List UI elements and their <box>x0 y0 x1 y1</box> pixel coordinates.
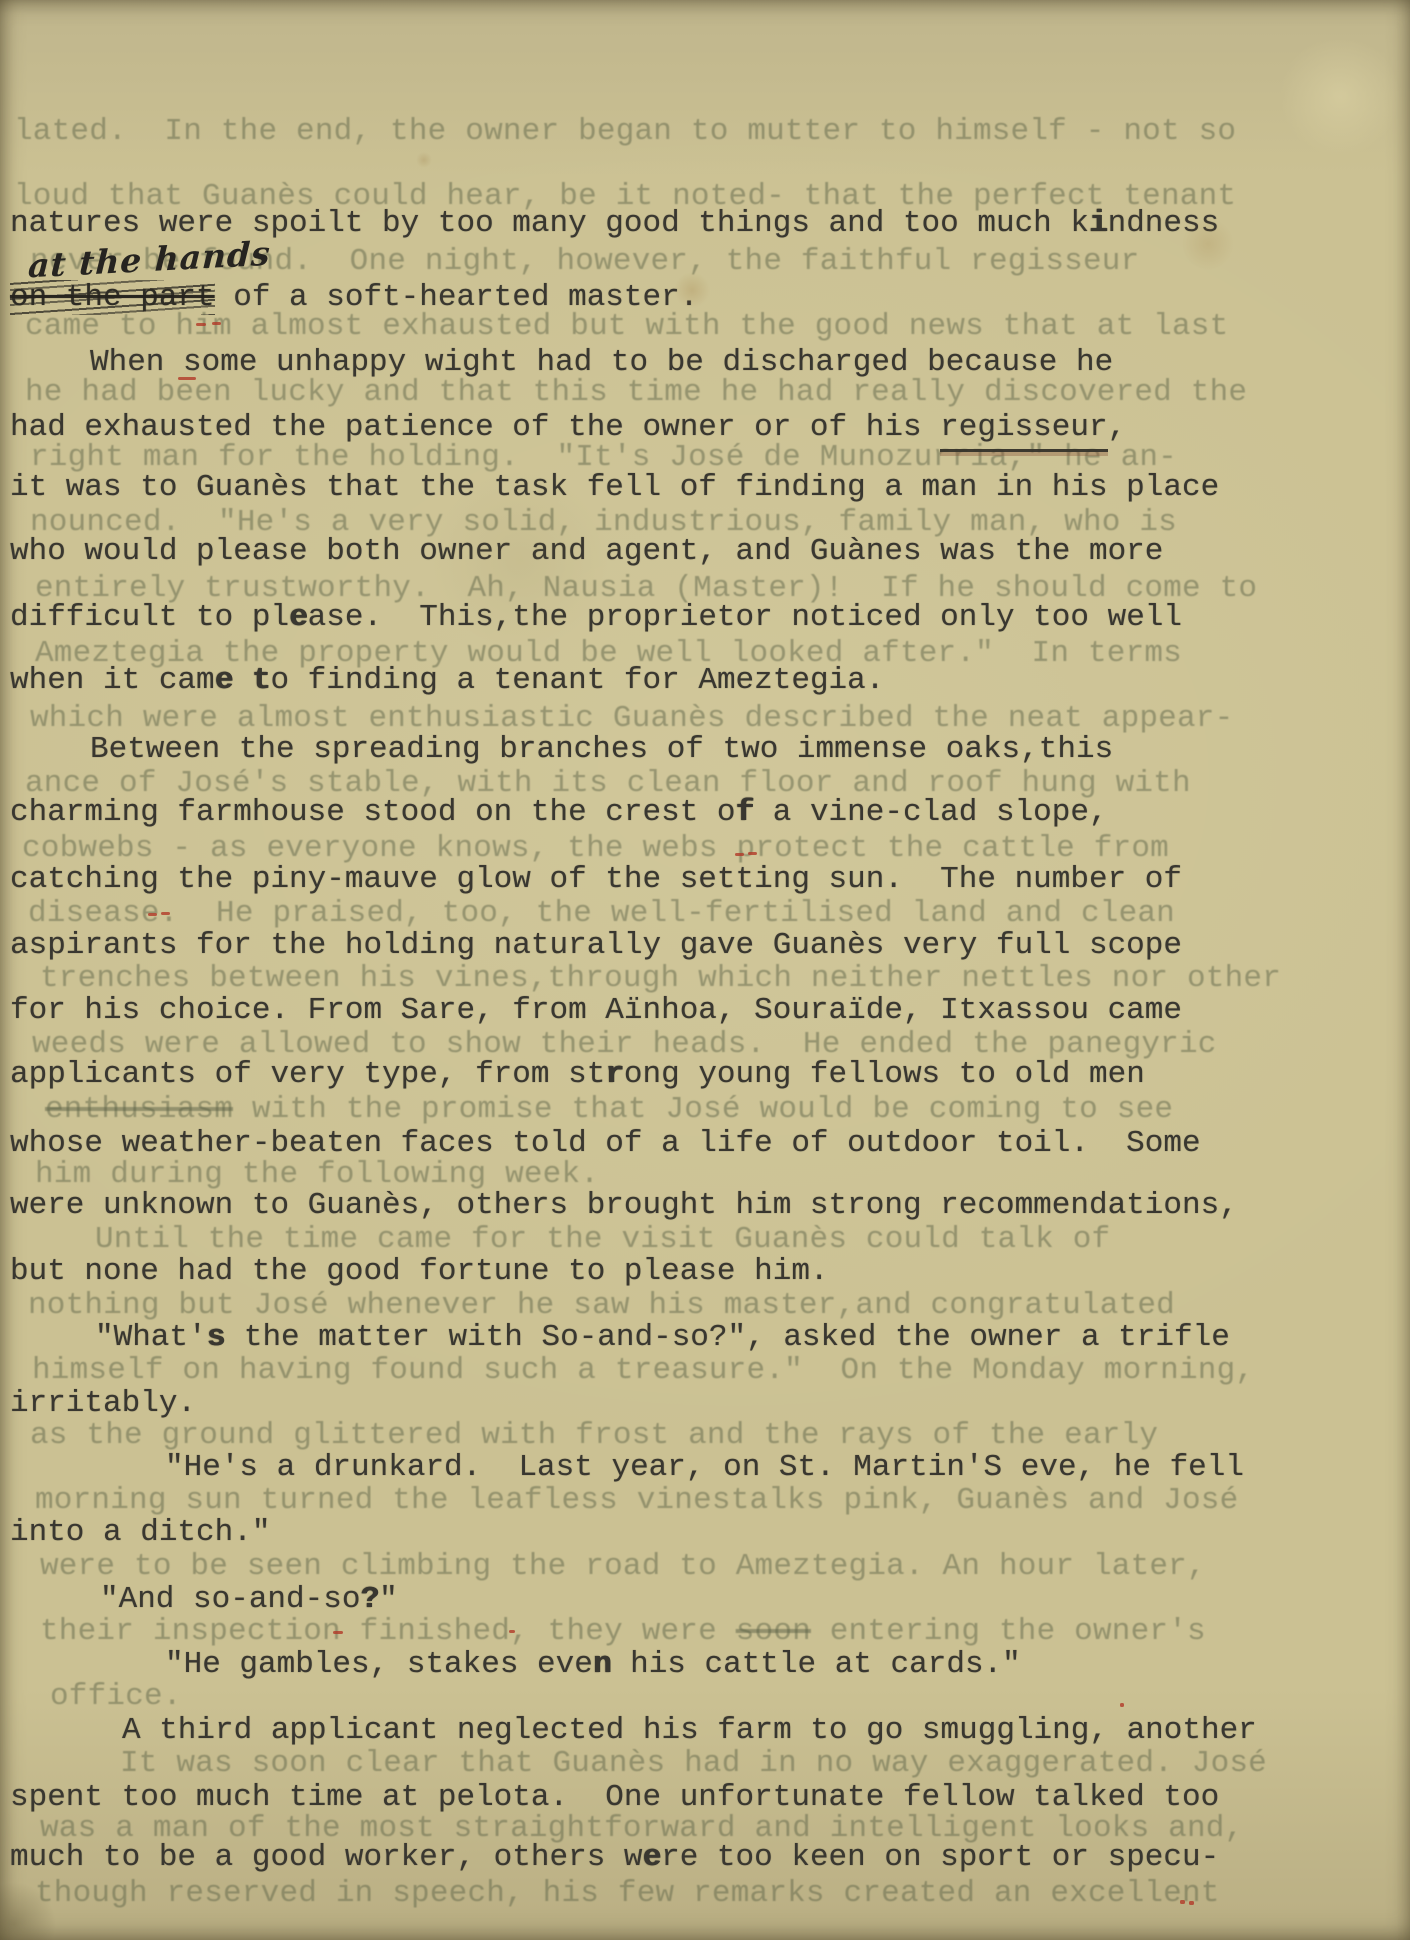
segment-bold: t <box>252 663 271 698</box>
typed-line: it was to Guanès that the task fell of f… <box>10 470 1219 506</box>
segment-bold: e <box>215 663 234 698</box>
typed-line: "He's a drunkard. Last year, on St. Mart… <box>165 1450 1244 1486</box>
segment-plain: When some unhappy wight had to be discha… <box>90 345 1113 380</box>
segment-underline: regisseur <box>940 410 1107 452</box>
segment-plain: o finding a tenant for Ameztegia. <box>270 663 884 698</box>
segment-plain: re too keen on sport or specu- <box>661 1840 1219 1875</box>
segment-plain: aspirants for the holding naturally gave… <box>10 928 1182 963</box>
manuscript-page: lated. In the end, the owner began to mu… <box>0 0 1410 1940</box>
segment-plain: the matter with So-and-so?", asked the o… <box>225 1320 1230 1355</box>
red-pencil-mark <box>1180 1900 1185 1904</box>
segment-plain: him during the following week. <box>35 1157 599 1192</box>
typed-line: A third applicant neglected his farm to … <box>122 1713 1257 1749</box>
segment-bold: i <box>1089 206 1108 241</box>
segment-plain: for his choice. From Sare, from Aïnhoa, … <box>10 993 1182 1028</box>
segment-plain: nothing but José whenever he saw his mas… <box>28 1288 1175 1323</box>
bleedthrough-line: trenches between his vines,through which… <box>40 961 1281 997</box>
segment-strike-faint: enthusiasm <box>45 1092 233 1127</box>
bleedthrough-line: nothing but José whenever he saw his mas… <box>28 1288 1175 1324</box>
typed-line: natures were spoilt by too many good thi… <box>10 206 1219 242</box>
bleedthrough-line: disease. He praised, too, the well-ferti… <box>28 896 1175 932</box>
typed-line: "And so-and-so?" <box>100 1582 398 1618</box>
segment-plain: though reserved in speech, his few remar… <box>35 1876 1220 1911</box>
typed-line: applicants of very type, from strong you… <box>10 1057 1145 1093</box>
segment-bold: n <box>593 1647 612 1682</box>
red-pencil-mark <box>1189 1901 1194 1905</box>
bleedthrough-line: morning sun turned the leafless vinestal… <box>35 1483 1238 1519</box>
typed-line: much to be a good worker, others were to… <box>10 1840 1219 1876</box>
typed-line: difficult to please. This,the proprietor… <box>10 600 1182 636</box>
typed-line: aspirants for the holding naturally gave… <box>10 928 1182 964</box>
red-pencil-mark <box>333 1631 343 1634</box>
red-pencil-mark <box>1120 1703 1124 1707</box>
segment-bold: e <box>643 1840 662 1875</box>
segment-plain: with the promise that José would be comi… <box>233 1092 1173 1127</box>
red-pencil-mark <box>509 1630 515 1633</box>
segment-bold: r <box>605 1057 624 1092</box>
segment-plain: entering the owner's <box>811 1614 1206 1649</box>
bleedthrough-line: were to be seen climbing the road to Ame… <box>40 1549 1206 1585</box>
segment-plain: " <box>379 1582 398 1617</box>
segment-plain: much to be a good worker, others w <box>10 1840 643 1875</box>
segment-plain: when it cam <box>10 663 215 698</box>
segment-plain: ndness <box>1108 206 1220 241</box>
typed-line: had exhausted the patience of the owner … <box>10 410 1126 452</box>
red-pencil-mark <box>212 322 221 325</box>
segment-plain: , <box>1108 410 1127 445</box>
segment-plain: a vine-clad slope, <box>754 795 1107 830</box>
typed-line: Between the spreading branches of two im… <box>90 732 1113 768</box>
segment-plain: irritably. <box>10 1386 196 1421</box>
typed-line: irritably. <box>10 1386 196 1422</box>
segment-plain: disease. He praised, too, the well-ferti… <box>28 896 1175 931</box>
typed-line: charming farmhouse stood on the crest of… <box>10 795 1108 831</box>
segment-plain: "He gambles, stakes eve <box>165 1647 593 1682</box>
segment-plain: Until the time came for the visit Guanès… <box>95 1222 1110 1257</box>
segment-plain: natures were spoilt by too many good thi… <box>10 206 1089 241</box>
typed-line: "He gambles, stakes even his cattle at c… <box>165 1647 1021 1683</box>
typed-line: When some unhappy wight had to be discha… <box>90 345 1113 381</box>
red-pencil-mark <box>196 323 206 326</box>
segment-plain: had exhausted the patience of the owner … <box>10 410 940 445</box>
segment-bold: f <box>736 795 755 830</box>
red-pencil-mark <box>161 912 170 915</box>
segment-plain: lated. In the end, the owner began to mu… <box>14 114 1236 149</box>
segment-plain: ase. This,the proprietor noticed only to… <box>308 600 1182 635</box>
segment-plain: were unknown to Guanès, others brought h… <box>10 1188 1238 1223</box>
typed-line: whose weather-beaten faces told of a lif… <box>10 1126 1201 1162</box>
segment-strike-faint: soon <box>736 1614 811 1649</box>
bleedthrough-line: enthusiasm with the promise that José wo… <box>45 1092 1173 1128</box>
typed-line: catching the piny-mauve glow of the sett… <box>10 862 1182 898</box>
segment-plain: himself on having found such a treasure.… <box>32 1353 1254 1388</box>
typed-line: on the part of a soft-hearted master. <box>10 280 698 316</box>
red-pencil-mark <box>178 377 196 380</box>
bleedthrough-line: Until the time came for the visit Guanès… <box>95 1222 1110 1258</box>
segment-bold: e <box>289 600 308 635</box>
segment-plain: "And so-and-so <box>100 1582 360 1617</box>
segment-plain <box>233 663 252 698</box>
typed-line: "What's the matter with So-and-so?", ask… <box>95 1320 1230 1356</box>
bleedthrough-line: though reserved in speech, his few remar… <box>35 1876 1220 1912</box>
segment-plain: were to be seen climbing the road to Ame… <box>40 1549 1206 1584</box>
typed-line: but none had the good fortune to please … <box>10 1254 829 1290</box>
segment-plain: which were almost enthusiastic Guanès de… <box>30 701 1233 736</box>
segment-plain: difficult to pl <box>10 600 289 635</box>
typed-line: were unknown to Guanès, others brought h… <box>10 1188 1238 1224</box>
segment-plain: into a ditch." <box>10 1515 270 1550</box>
segment-plain: catching the piny-mauve glow of the sett… <box>10 862 1182 897</box>
segment-plain: morning sun turned the leafless vinestal… <box>35 1483 1238 1518</box>
segment-plain: spent too much time at pelota. One unfor… <box>10 1780 1219 1815</box>
segment-plain: applicants of very type, from st <box>10 1057 605 1092</box>
segment-bold: ? <box>360 1582 379 1617</box>
segment-plain: whose weather-beaten faces told of a lif… <box>10 1126 1201 1161</box>
segment-plain: as the ground glittered with frost and t… <box>30 1418 1158 1453</box>
segment-plain: cobwebs - as everyone knows, the webs pr… <box>22 831 1169 866</box>
red-pencil-mark <box>748 852 757 855</box>
segment-plain: A third applicant neglected his farm to … <box>122 1713 1257 1748</box>
bleedthrough-line: as the ground glittered with frost and t… <box>30 1418 1158 1454</box>
segment-plain: "He's a drunkard. Last year, on St. Mart… <box>165 1450 1244 1485</box>
segment-plain: Between the spreading branches of two im… <box>90 732 1113 767</box>
bleedthrough-line: their inspection finished, they were soo… <box>40 1614 1206 1650</box>
typed-line: who would please both owner and agent, a… <box>10 534 1163 570</box>
typed-line: spent too much time at pelota. One unfor… <box>10 1780 1219 1816</box>
typed-line: when it came to finding a tenant for Ame… <box>10 663 884 699</box>
typed-line: for his choice. From Sare, from Aïnhoa, … <box>10 993 1182 1029</box>
segment-plain: charming farmhouse stood on the crest o <box>10 795 736 830</box>
typed-line: into a ditch." <box>10 1515 270 1551</box>
segment-plain: It was soon clear that Guanès had in no … <box>120 1746 1267 1781</box>
segment-plain: of a soft-hearted master. <box>215 280 699 315</box>
segment-bold: s <box>207 1320 226 1355</box>
segment-plain: it was to Guanès that the task fell of f… <box>10 470 1219 505</box>
segment-plain: "What' <box>95 1320 207 1355</box>
segment-plain: but none had the good fortune to please … <box>10 1254 829 1289</box>
bleedthrough-line: lated. In the end, the owner began to mu… <box>14 114 1236 150</box>
segment-plain: who would please both owner and agent, a… <box>10 534 1163 569</box>
segment-plain: office. <box>50 1679 182 1714</box>
bleedthrough-line: himself on having found such a treasure.… <box>32 1353 1254 1389</box>
bleedthrough-line: It was soon clear that Guanès had in no … <box>120 1746 1267 1782</box>
segment-plain: ong young fellows to old men <box>624 1057 1145 1092</box>
bleedthrough-line: office. <box>50 1679 182 1715</box>
segment-plain: trenches between his vines,through which… <box>40 961 1281 996</box>
red-pencil-mark <box>148 913 157 916</box>
red-pencil-mark <box>735 853 744 856</box>
segment-plain: their inspection finished, they were <box>40 1614 736 1649</box>
segment-plain: his cattle at cards." <box>611 1647 1020 1682</box>
segment-strike: on the part <box>10 280 215 315</box>
